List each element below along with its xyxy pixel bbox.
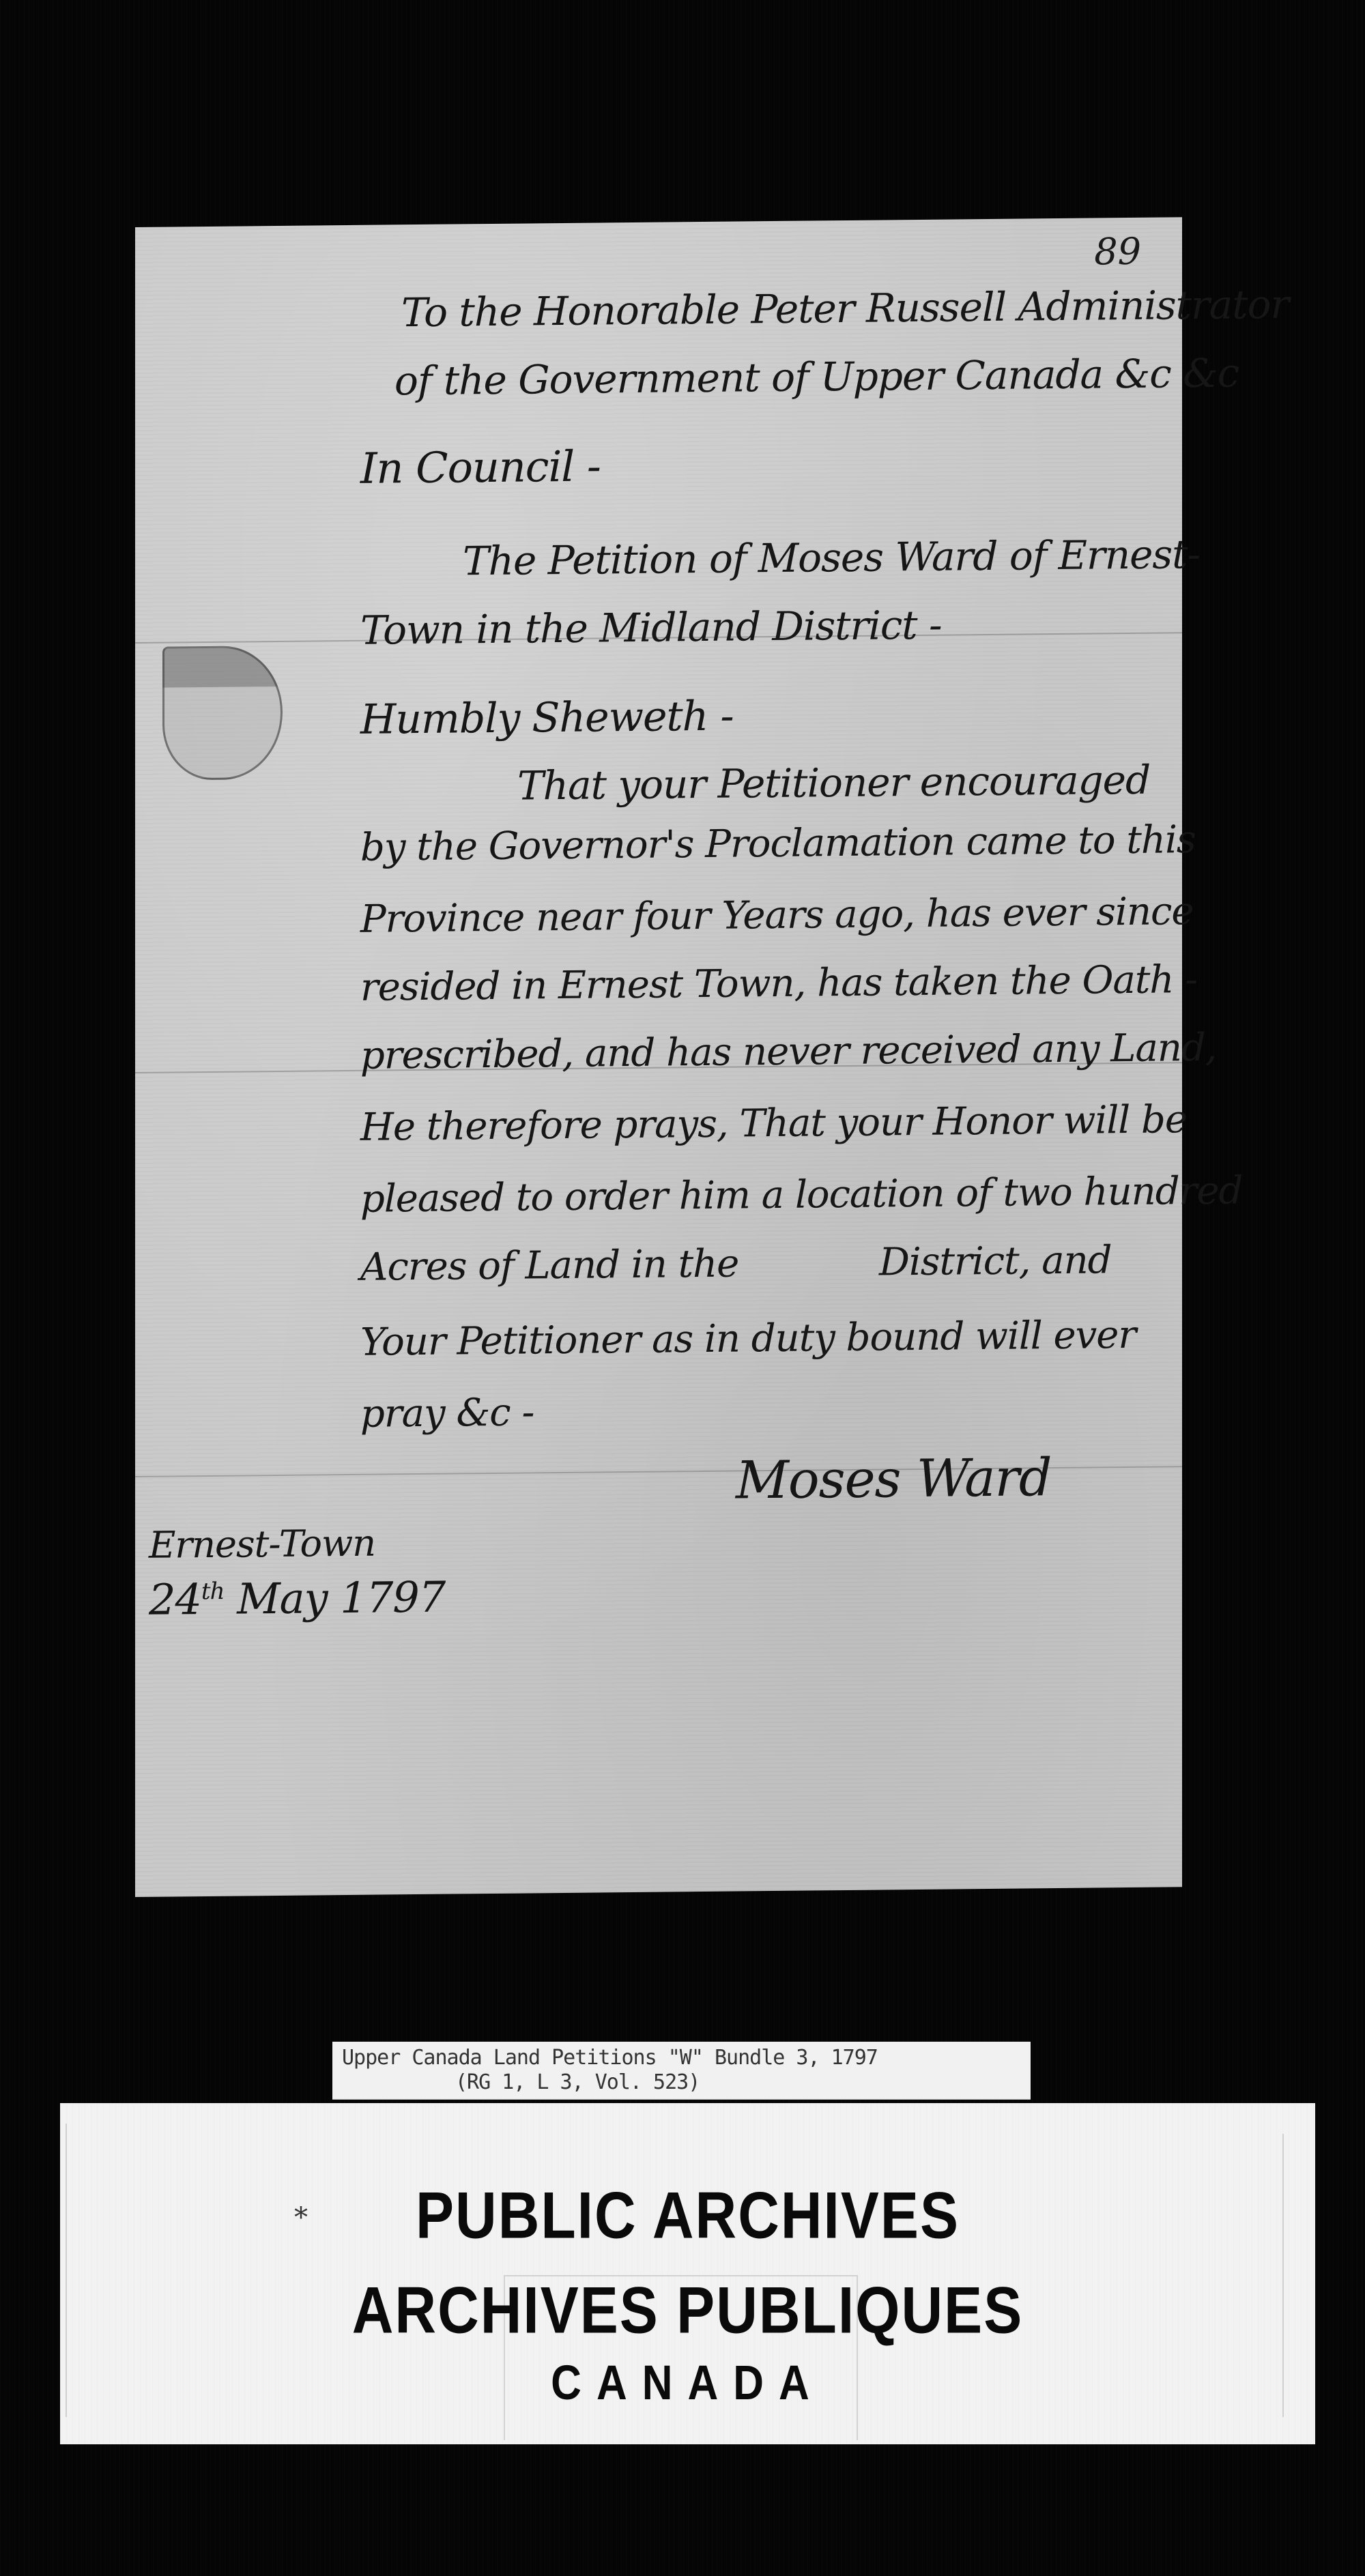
- archives-country: CANADA: [60, 2356, 1315, 2412]
- body-line: resided in Ernest Town, has taken the Oa…: [360, 957, 1197, 1010]
- date-day: 24: [149, 1574, 201, 1625]
- date-rest: May 1797: [237, 1572, 445, 1624]
- archives-target-card: * PUBLIC ARCHIVES ARCHIVES PUBLIQUES CAN…: [60, 2103, 1315, 2444]
- body-line: Province near four Years ago, has ever s…: [360, 889, 1194, 942]
- body-line: prescribed, and has never received any L…: [360, 1026, 1217, 1078]
- body-line: That your Petitioner encouraged: [517, 757, 1150, 809]
- archives-title-fr: ARCHIVES PUBLIQUES: [60, 2272, 1315, 2349]
- body-line: He therefore prays, That your Honor will…: [360, 1097, 1187, 1150]
- folio-number: 89: [1094, 230, 1141, 274]
- closing-line: pray &c -: [360, 1390, 534, 1436]
- label-collection-line: Upper Canada Land Petitions "W" Bundle 3…: [342, 2046, 878, 2070]
- address-line: of the Government of Upper Canada &c &c: [394, 349, 1239, 404]
- address-line: To the Honorable Peter Russell Administr…: [401, 281, 1289, 336]
- date-suffix: th: [201, 1578, 225, 1605]
- typed-reference-label: Upper Canada Land Petitions "W" Bundle 3…: [332, 2042, 1031, 2100]
- signature: Moses Ward: [736, 1447, 1052, 1510]
- petition-title-line: Town in the Midland District -: [360, 602, 942, 654]
- body-line: Acres of Land in the: [360, 1242, 738, 1290]
- date-of-signing: 24th May 1797: [149, 1572, 445, 1625]
- body-line: by the Governor's Proclamation came to t…: [360, 817, 1196, 870]
- body-line: District, and: [879, 1238, 1112, 1284]
- humbly-sheweth-line: Humbly Sheweth -: [360, 693, 734, 744]
- manuscript-page: 89 To the Honorable Peter Russell Admini…: [135, 217, 1182, 1897]
- place-of-signing: Ernest-Town: [149, 1522, 375, 1567]
- label-reference-line: (RG 1, L 3, Vol. 523): [455, 2070, 700, 2094]
- in-council-line: In Council -: [360, 441, 601, 493]
- petition-title-line: The Petition of Moses Ward of Ernest-: [463, 531, 1200, 584]
- body-line: pleased to order him a location of two h…: [360, 1168, 1242, 1221]
- body-line: Your Petitioner as in duty bound will ev…: [360, 1313, 1136, 1365]
- wax-seal-remnant: [162, 646, 283, 781]
- archives-title-en: PUBLIC ARCHIVES: [60, 2177, 1315, 2254]
